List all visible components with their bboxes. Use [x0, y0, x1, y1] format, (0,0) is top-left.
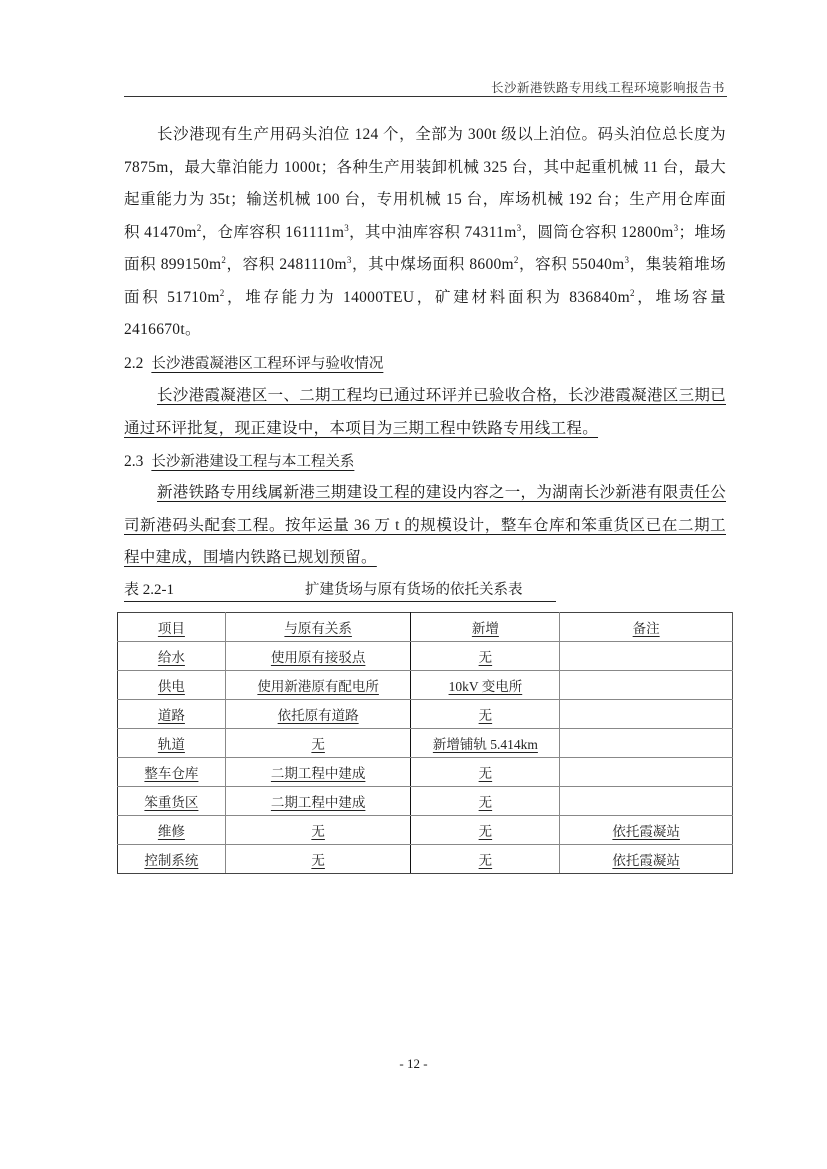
paragraph-project-relation: 新港铁路专用线属新港三期建设工程的建设内容之一，为湖南长沙新港有限责任公司新港码… — [124, 477, 726, 575]
table-row: 笨重货区 二期工程中建成 无 — [118, 787, 733, 816]
cell-note — [560, 729, 733, 758]
table-label: 表 2.2-1 — [124, 582, 174, 598]
cell-new: 无 — [411, 816, 560, 845]
cell-relation: 无 — [225, 845, 411, 874]
cell-new: 10kV 变电所 — [411, 671, 560, 700]
header-cell: 备注 — [560, 613, 733, 642]
cell-new: 无 — [411, 700, 560, 729]
cell-item: 轨道 — [118, 729, 226, 758]
header-divider — [124, 96, 727, 97]
section-heading-2-2: 2.2长沙港霞凝港区工程环评与验收情况 — [124, 352, 383, 376]
cell-note — [560, 758, 733, 787]
cell-item: 笨重货区 — [118, 787, 226, 816]
section-number: 2.3 — [124, 453, 143, 470]
cell-item: 维修 — [118, 816, 226, 845]
cell-item: 给水 — [118, 642, 226, 671]
section-title: 长沙新港建设工程与本工程关系 — [151, 454, 354, 470]
cell-new: 新增铺轨 5.414km — [411, 729, 560, 758]
cell-relation: 无 — [225, 816, 411, 845]
cell-relation: 使用原有接驳点 — [225, 642, 411, 671]
table-title: 扩建货场与原有货场的依托关系表 — [305, 579, 523, 601]
cell-new: 无 — [411, 845, 560, 874]
cell-new: 无 — [411, 758, 560, 787]
cell-note: 依托霞凝站 — [560, 816, 733, 845]
cell-note — [560, 671, 733, 700]
table-header-row: 项目 与原有关系 新增 备注 — [118, 613, 733, 642]
cell-relation: 依托原有道路 — [225, 700, 411, 729]
table-caption: 表 2.2-1 扩建货场与原有货场的依托关系表 — [124, 579, 556, 602]
table-row: 控制系统 无 无 依托霞凝站 — [118, 845, 733, 874]
cell-note — [560, 700, 733, 729]
cell-new: 无 — [411, 787, 560, 816]
header-cell: 新增 — [411, 613, 560, 642]
table-row: 供电 使用新港原有配电所 10kV 变电所 — [118, 671, 733, 700]
table-row: 道路 依托原有道路 无 — [118, 700, 733, 729]
table-row: 整车仓库 二期工程中建成 无 — [118, 758, 733, 787]
cell-note — [560, 642, 733, 671]
paragraph-port-facilities: 长沙港现有生产用码头泊位 124 个，全部为 300t 级以上泊位。码头泊位总长… — [124, 119, 726, 347]
cell-relation: 二期工程中建成 — [225, 758, 411, 787]
cell-relation: 二期工程中建成 — [225, 787, 411, 816]
cell-note: 依托霞凝站 — [560, 845, 733, 874]
table-row: 给水 使用原有接驳点 无 — [118, 642, 733, 671]
section-title: 长沙港霞凝港区工程环评与验收情况 — [151, 356, 383, 372]
section-number: 2.2 — [124, 355, 143, 372]
paragraph-eia-status: 长沙港霞凝港区一、二期工程均已通过环评并已验收合格，长沙港霞凝港区三期已通过环评… — [124, 380, 726, 445]
running-header: 长沙新港铁路专用线工程环境影响报告书 — [124, 78, 725, 96]
section-heading-2-3: 2.3长沙新港建设工程与本工程关系 — [124, 450, 354, 474]
cell-new: 无 — [411, 642, 560, 671]
page-number: - 12 - — [0, 1056, 827, 1072]
cell-item: 供电 — [118, 671, 226, 700]
cell-note — [560, 787, 733, 816]
header-cell: 与原有关系 — [225, 613, 411, 642]
table-row: 维修 无 无 依托霞凝站 — [118, 816, 733, 845]
dependency-table: 项目 与原有关系 新增 备注 给水 使用原有接驳点 无 供电 使用新港原有配电所… — [117, 612, 733, 874]
cell-relation: 无 — [225, 729, 411, 758]
cell-item: 整车仓库 — [118, 758, 226, 787]
cell-relation: 使用新港原有配电所 — [225, 671, 411, 700]
table-row: 轨道 无 新增铺轨 5.414km — [118, 729, 733, 758]
header-cell: 项目 — [118, 613, 226, 642]
cell-item: 控制系统 — [118, 845, 226, 874]
cell-item: 道路 — [118, 700, 226, 729]
